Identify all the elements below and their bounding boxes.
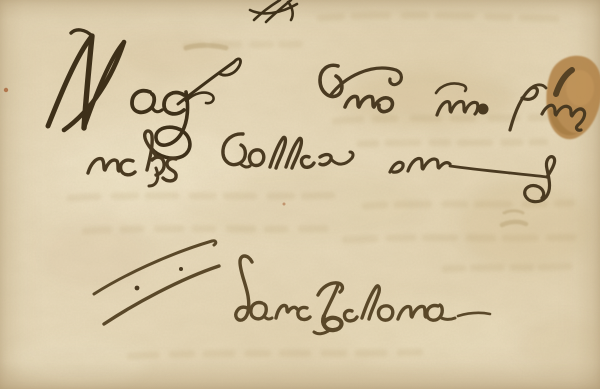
mo-o-dot (478, 104, 489, 115)
letter-cover: Mags dno mo fra nchs dollez en p barchel… (0, 0, 600, 389)
red-speck-left (4, 88, 8, 92)
paraph-dot-2 (179, 267, 183, 271)
speck-center (283, 203, 286, 206)
paraph-dot-1 (135, 286, 140, 291)
letter-scan (0, 0, 600, 389)
